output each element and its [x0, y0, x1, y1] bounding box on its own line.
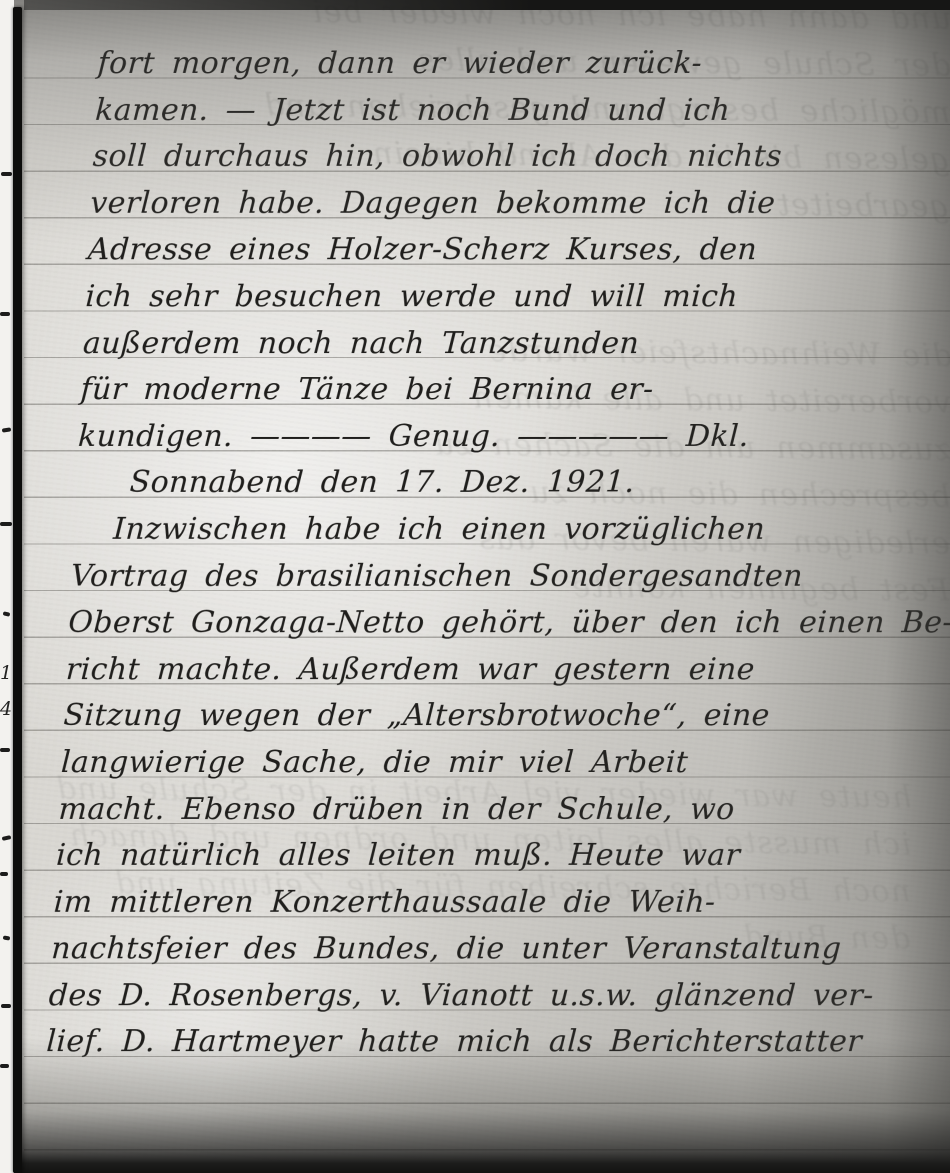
- handwriting-line: lief. D. Hartmeyer hatte mich als Berich…: [45, 1019, 911, 1066]
- handwriting-line: langwierige Sache, die mir viel Arbeit: [60, 740, 926, 787]
- handwriting-line: des D. Rosenbergs, v. Vianott u.s.w. glä…: [48, 973, 914, 1020]
- margin-ink-mark: [2, 427, 11, 432]
- handwriting-line: kundigen. ———— Genug. ————— Dkl.: [77, 414, 943, 461]
- handwriting-line: verloren habe. Dagegen bekomme ich die: [89, 181, 950, 228]
- handwriting-line: Inzwischen habe ich einen vorzüglichen: [72, 507, 938, 554]
- margin-ink-mark: [0, 312, 10, 316]
- handwriting-block: fort morgen, dann er wieder zurück- kame…: [45, 41, 950, 1066]
- handwriting-line: macht. Ebenso drüben in der Schule, wo: [57, 787, 923, 834]
- handwriting-line: kamen. — Jetzt ist noch Bund und ich: [94, 88, 950, 135]
- handwriting-line: ich natürlich alles leiten muß. Heute wa…: [55, 833, 921, 880]
- diary-page: und dann habe ich noch wieder bei der Sc…: [0, 0, 950, 1173]
- margin-ink-glyph: 4.: [0, 700, 14, 719]
- handwriting-line: für moderne Tänze bei Bernina er-: [79, 367, 945, 414]
- margin-ink-mark: [3, 611, 11, 617]
- handwriting-line: Adresse eines Holzer-Scherz Kurses, den: [87, 227, 950, 274]
- handwriting-line: Vortrag des brasilianischen Sondergesand…: [70, 554, 936, 601]
- handwriting-line: richt machte. Außerdem war gestern eine: [65, 647, 931, 694]
- margin-ink-mark: [0, 872, 8, 876]
- handwriting-line: ich sehr besuchen werde und will mich: [84, 274, 950, 321]
- entry-date-line: Sonnabend den 17. Dez. 1921.: [74, 460, 940, 507]
- facing-page-edge: 1. 4.: [0, 0, 14, 1173]
- handwriting-line: soll durchaus hin, obwohl ich doch nicht…: [92, 134, 950, 181]
- margin-ink-mark: [0, 522, 12, 526]
- margin-ink-mark: [1, 172, 12, 176]
- handwriting-line: nachtsfeier des Bundes, die unter Verans…: [50, 926, 916, 973]
- handwriting-line: im mittleren Konzerthaussaale die Weih-: [52, 880, 918, 927]
- margin-ink-mark: [0, 748, 10, 752]
- handwriting-line: Sitzung wegen der „Altersbrotwoche“, ein…: [62, 693, 928, 740]
- margin-ink-mark: [1, 1004, 11, 1008]
- margin-ink-mark: [2, 835, 12, 841]
- handwriting-line: Oberst Gonzaga-Netto gehört, über den ic…: [67, 600, 933, 647]
- margin-ink-glyph: 1.: [0, 664, 14, 683]
- binding-gutter-bar: [13, 7, 22, 1173]
- scan-edge-top: [24, 0, 950, 10]
- handwriting-line: fort morgen, dann er wieder zurück-: [96, 41, 950, 88]
- handwriting-line: außerdem noch nach Tanzstunden: [82, 321, 948, 368]
- margin-ink-mark: [0, 1064, 9, 1068]
- margin-ink-mark: [3, 935, 11, 940]
